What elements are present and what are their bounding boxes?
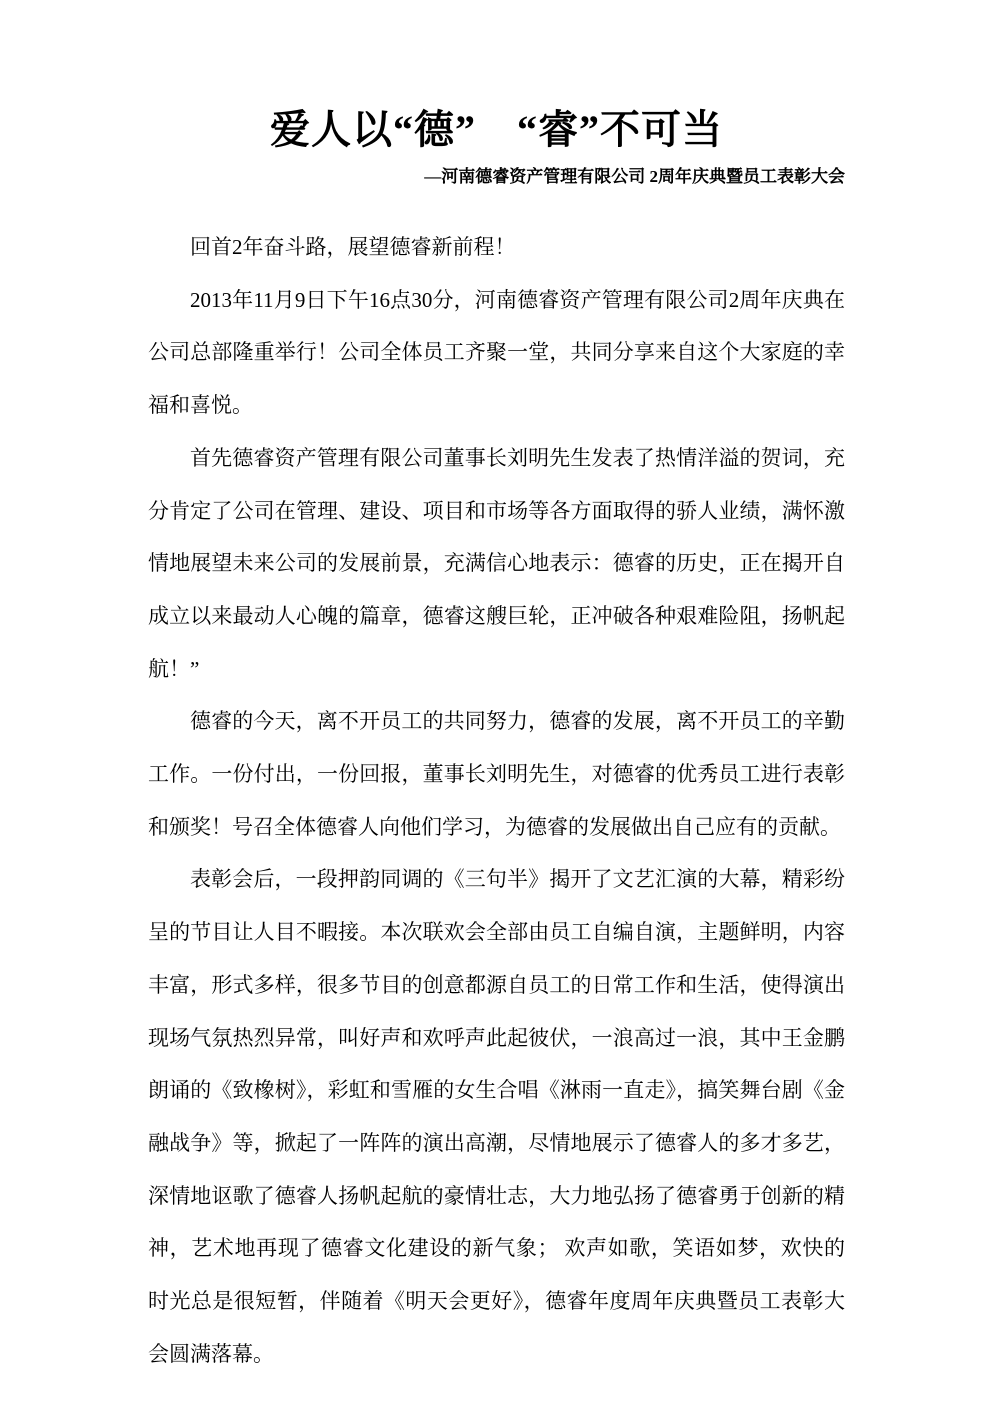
paragraph-ceremony-opening: 2013年11月9日下午16点30分，河南德睿资产管理有限公司2周年庆典在公司总… bbox=[148, 274, 845, 432]
paragraph-performances-closing: 表彰会后，一段押韵同调的《三句半》揭开了文艺汇演的大幕，精彩纷呈的节目让人目不暇… bbox=[148, 853, 845, 1380]
paragraph-chairman-speech: 首先德睿资产管理有限公司董事长刘明先生发表了热情洋溢的贺词，充分肯定了公司在管理… bbox=[148, 432, 845, 696]
document-body: 回首2年奋斗路，展望德睿新前程！ 2013年11月9日下午16点30分，河南德睿… bbox=[148, 221, 845, 1380]
document-title: 爱人以“德” “睿”不可当 bbox=[148, 106, 845, 154]
paragraph-intro: 回首2年奋斗路，展望德睿新前程！ bbox=[148, 221, 845, 274]
document-page: 爱人以“德” “睿”不可当 —河南德睿资产管理有限公司 2周年庆典暨员工表彰大会… bbox=[0, 0, 993, 1404]
document-content: 爱人以“德” “睿”不可当 —河南德睿资产管理有限公司 2周年庆典暨员工表彰大会… bbox=[148, 0, 845, 1380]
paragraph-employee-awards: 德睿的今天，离不开员工的共同努力，德睿的发展，离不开员工的辛勤工作。一份付出，一… bbox=[148, 695, 845, 853]
document-subtitle: —河南德睿资产管理有限公司 2周年庆典暨员工表彰大会 bbox=[148, 162, 845, 187]
